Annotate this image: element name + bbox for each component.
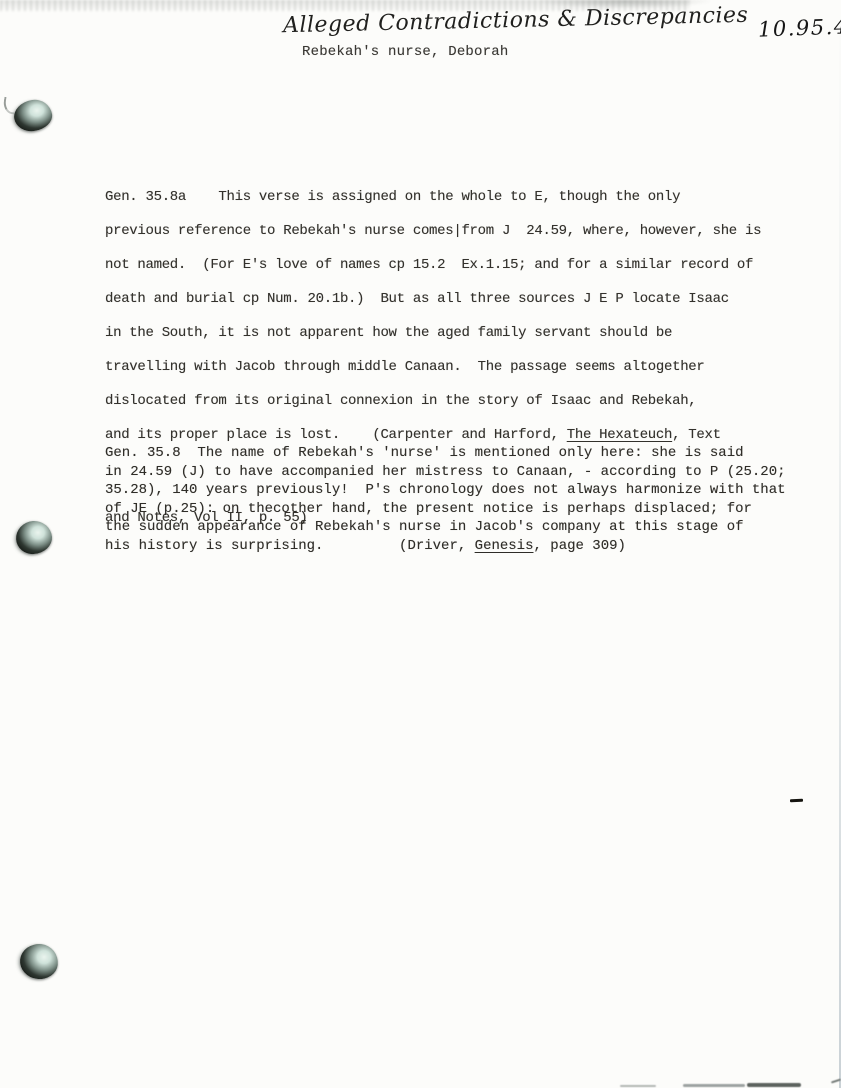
text-line: the sudden appearance of Rebekah's nurse… <box>105 518 786 537</box>
pen-dash-mark <box>790 799 803 802</box>
text-line: previous reference to Rebekah's nurse co… <box>105 214 761 248</box>
hole-punch-mark-bottom <box>18 942 59 981</box>
bottom-smudge-2 <box>683 1084 745 1087</box>
paragraph-driver-quote: Gen. 35.8 The name of Rebekah's 'nurse' … <box>105 444 786 556</box>
text-line: in the South, it is not apparent how the… <box>105 316 761 350</box>
text-line: 35.28), 140 years previously! P's chrono… <box>105 481 786 500</box>
typed-subtitle: Rebekah's nurse, Deborah <box>302 44 508 60</box>
text-line: death and burial cp Num. 20.1b.) But as … <box>105 282 761 316</box>
text-line: Gen. 35.8a This verse is assigned on the… <box>105 180 761 214</box>
paragraph-1-body: Gen. 35.8a This verse is assigned on the… <box>105 180 761 452</box>
text-line: not named. (For E's love of names cp 15.… <box>105 248 761 282</box>
text-line: his history is surprising. (Driver, Gene… <box>105 537 786 556</box>
text-line: in 24.59 (J) to have accompanied her mis… <box>105 463 786 482</box>
text-line: travelling with Jacob through middle Can… <box>105 350 761 384</box>
handwritten-catalog-number: 10.95.4 <box>758 14 841 41</box>
bottom-smudge-1 <box>620 1085 656 1087</box>
text-line: Gen. 35.8 The name of Rebekah's 'nurse' … <box>105 444 786 463</box>
hole-punch-mark-top <box>12 97 54 134</box>
scanned-document-page: Alleged Contradictions & Discrepancies 1… <box>0 0 841 1088</box>
hole-punch-mark-middle <box>15 520 53 555</box>
text-line: dislocated from its original connexion i… <box>105 384 761 418</box>
bottom-smudge-3 <box>747 1083 801 1087</box>
text-line: of JE (p.25): on thecother hand, the pre… <box>105 500 786 519</box>
